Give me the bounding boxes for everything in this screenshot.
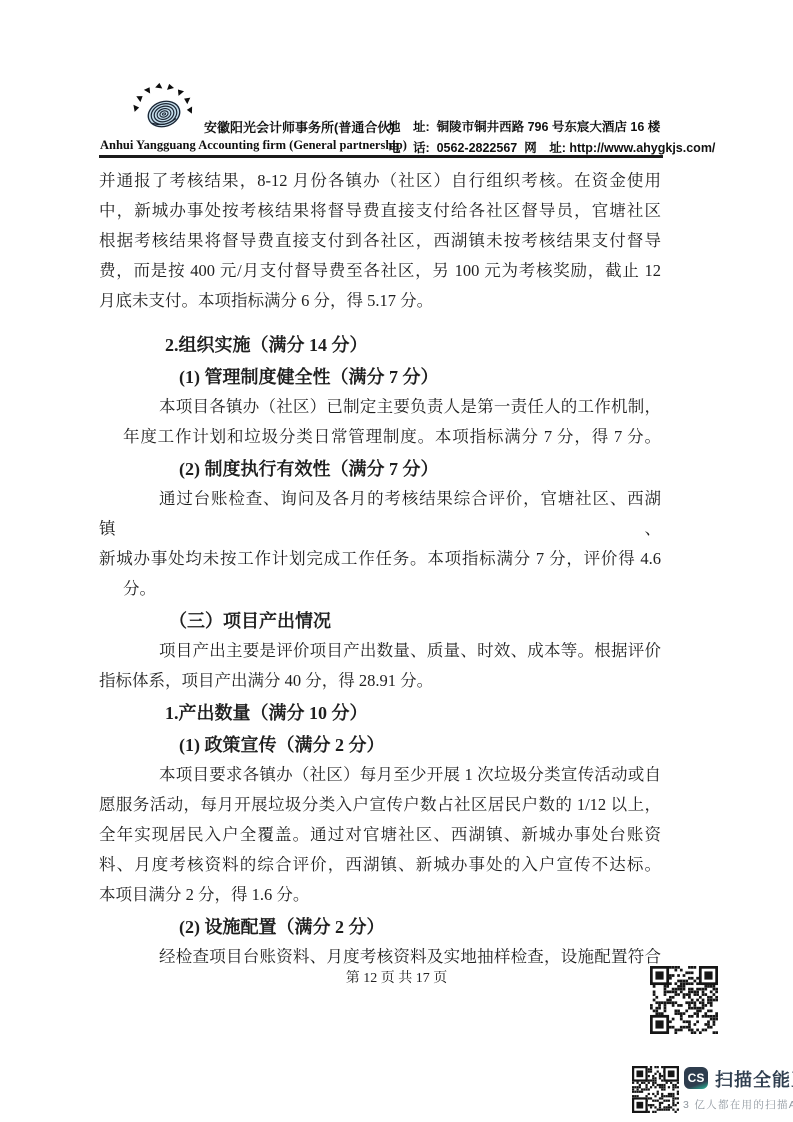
document-body: 并通报了考核结果，8-12 月份各镇办（社区）自行组织考核。在资金使用 中，新城… xyxy=(99,166,661,972)
company-address: 地 址: 铜陵市铜井西路 796 号东宸大酒店 16 楼 xyxy=(388,117,660,135)
fingerprint-logo xyxy=(120,80,204,142)
header-divider xyxy=(99,155,663,158)
body-line: 年度工作计划和垃圾分类日常管理制度。本项指标满分 7 分，得 7 分。 xyxy=(99,422,661,452)
sub-heading: (1) 政策宣传（满分 2 分） xyxy=(99,730,661,760)
qr-code-large xyxy=(650,966,718,1034)
company-contact: 电 话: 0562-2822567 网 址: http://www.ahygkj… xyxy=(388,138,715,156)
camscanner-app-name: 扫描全能王 xyxy=(715,1066,793,1092)
body-line: 愿服务活动，每月开展垃圾分类入户宣传户数占社区居民户数的 1/12 以上， xyxy=(99,790,661,820)
sub-heading: (2) 制度执行有效性（满分 7 分） xyxy=(99,454,661,484)
body-line: 分。 xyxy=(99,574,661,604)
body-line: 本项目要求各镇办（社区）每月至少开展 1 次垃圾分类宣传活动或自 xyxy=(99,760,661,790)
qr-code-small xyxy=(632,1066,679,1113)
body-line: 新城办事处均未按工作计划完成工作任务。本项指标满分 7 分，评价得 4.6 xyxy=(99,544,661,574)
section-heading: 2.组织实施（满分 14 分） xyxy=(99,330,661,360)
camscanner-logo-icon: CS xyxy=(684,1067,708,1089)
scanned-document-page: 安徽阳光会计师事务所(普通合伙) Anhui Yangguang Account… xyxy=(0,0,793,1122)
camscanner-tagline: 3 亿人都在用的扫描App xyxy=(683,1097,793,1112)
sub-heading: (2) 设施配置（满分 2 分） xyxy=(99,912,661,942)
body-line: 通过台账检查、询问及各月的考核结果综合评价，官塘社区、西湖镇、 xyxy=(99,484,661,544)
body-line: 本项目各镇办（社区）已制定主要负责人是第一责任人的工作机制， xyxy=(99,392,661,422)
body-line: 根据考核结果将督导费直接支付到各社区，西湖镇未按考核结果支付督导 xyxy=(99,226,661,256)
sub-heading: (1) 管理制度健全性（满分 7 分） xyxy=(99,362,661,392)
body-line: 并通报了考核结果，8-12 月份各镇办（社区）自行组织考核。在资金使用 xyxy=(99,166,661,196)
body-line: 料、月度考核资料的综合评价，西湖镇、新城办事处的入户宣传不达标。 xyxy=(99,850,661,880)
section-heading: （三）项目产出情况 xyxy=(99,606,661,636)
body-line: 本项目满分 2 分，得 1.6 分。 xyxy=(99,880,661,910)
body-line: 费，而是按 400 元/月支付督导费至各社区，另 100 元为考核奖励，截止 1… xyxy=(99,256,661,286)
company-name-cn: 安徽阳光会计师事务所(普通合伙) xyxy=(204,117,395,136)
company-name-en: Anhui Yangguang Accounting firm (General… xyxy=(100,138,407,153)
body-line: 中，新城办事处按考核结果将督导费直接支付给各社区督导员，官塘社区 xyxy=(99,196,661,226)
section-heading: 1.产出数量（满分 10 分） xyxy=(99,698,661,728)
body-line: 项目产出主要是评价项目产出数量、质量、时效、成本等。根据评价 xyxy=(99,636,661,666)
body-line: 指标体系，项目产出满分 40 分，得 28.91 分。 xyxy=(99,666,661,696)
body-line: 月底未支付。本项指标满分 6 分，得 5.17 分。 xyxy=(99,286,661,316)
body-line: 全年实现居民入户全覆盖。通过对官塘社区、西湖镇、新城办事处台账资 xyxy=(99,820,661,850)
